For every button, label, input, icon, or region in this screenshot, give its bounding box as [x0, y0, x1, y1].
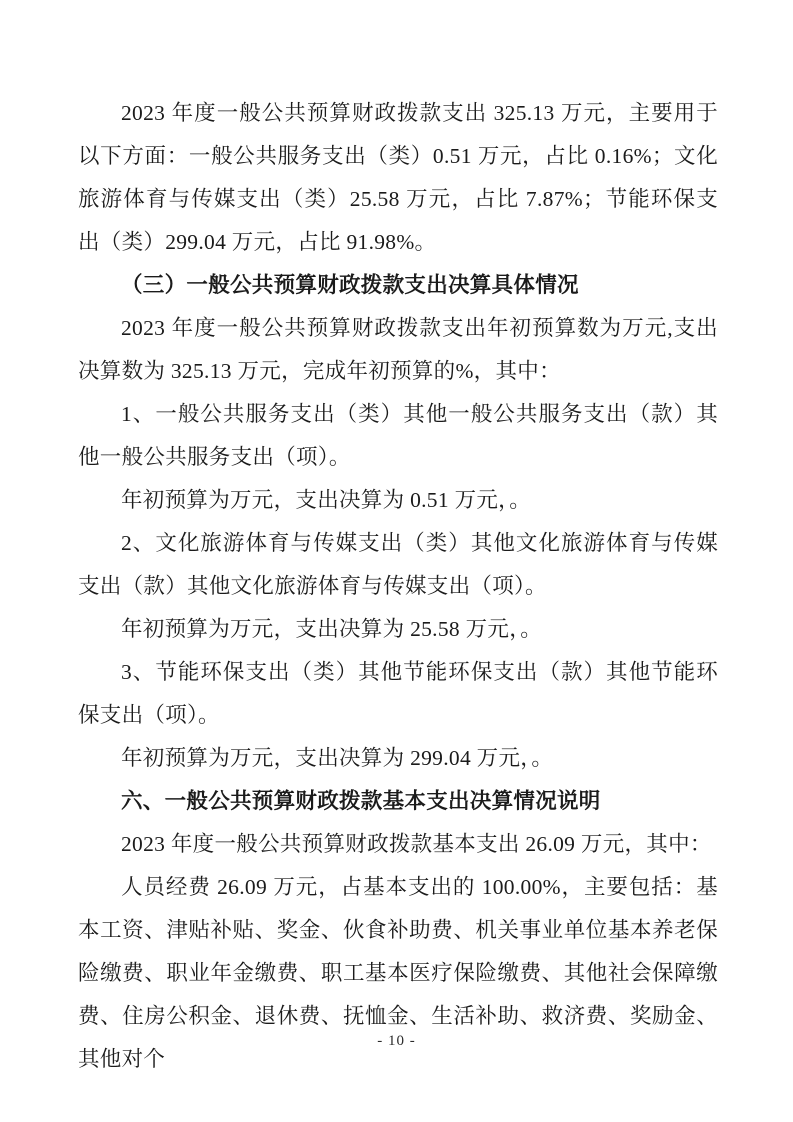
section-heading: （三）一般公共预算财政拨款支出决算具体情况 [78, 264, 718, 307]
document-body: 2023 年度一般公共预算财政拨款支出 325.13 万元，主要用于以下方面：一… [78, 92, 718, 1081]
page-number: - 10 - [0, 1033, 793, 1050]
section-heading: 六、一般公共预算财政拨款基本支出决算情况说明 [78, 780, 718, 823]
paragraph: 2、文化旅游体育与传媒支出（类）其他文化旅游体育与传媒支出（款）其他文化旅游体育… [78, 522, 718, 608]
paragraph: 年初预算为万元，支出决算为 299.04 万元，。 [78, 737, 718, 780]
paragraph: 年初预算为万元，支出决算为 0.51 万元，。 [78, 479, 718, 522]
document-page: 2023 年度一般公共预算财政拨款支出 325.13 万元，主要用于以下方面：一… [0, 0, 793, 1122]
paragraph: 2023 年度一般公共预算财政拨款支出年初预算数为万元,支出决算数为 325.1… [78, 307, 718, 393]
paragraph: 1、一般公共服务支出（类）其他一般公共服务支出（款）其他一般公共服务支出（项）。 [78, 393, 718, 479]
paragraph: 2023 年度一般公共预算财政拨款支出 325.13 万元，主要用于以下方面：一… [78, 92, 718, 264]
paragraph: 3、节能环保支出（类）其他节能环保支出（款）其他节能环保支出（项）。 [78, 651, 718, 737]
paragraph: 年初预算为万元，支出决算为 25.58 万元，。 [78, 608, 718, 651]
paragraph: 2023 年度一般公共预算财政拨款基本支出 26.09 万元，其中： [78, 823, 718, 866]
